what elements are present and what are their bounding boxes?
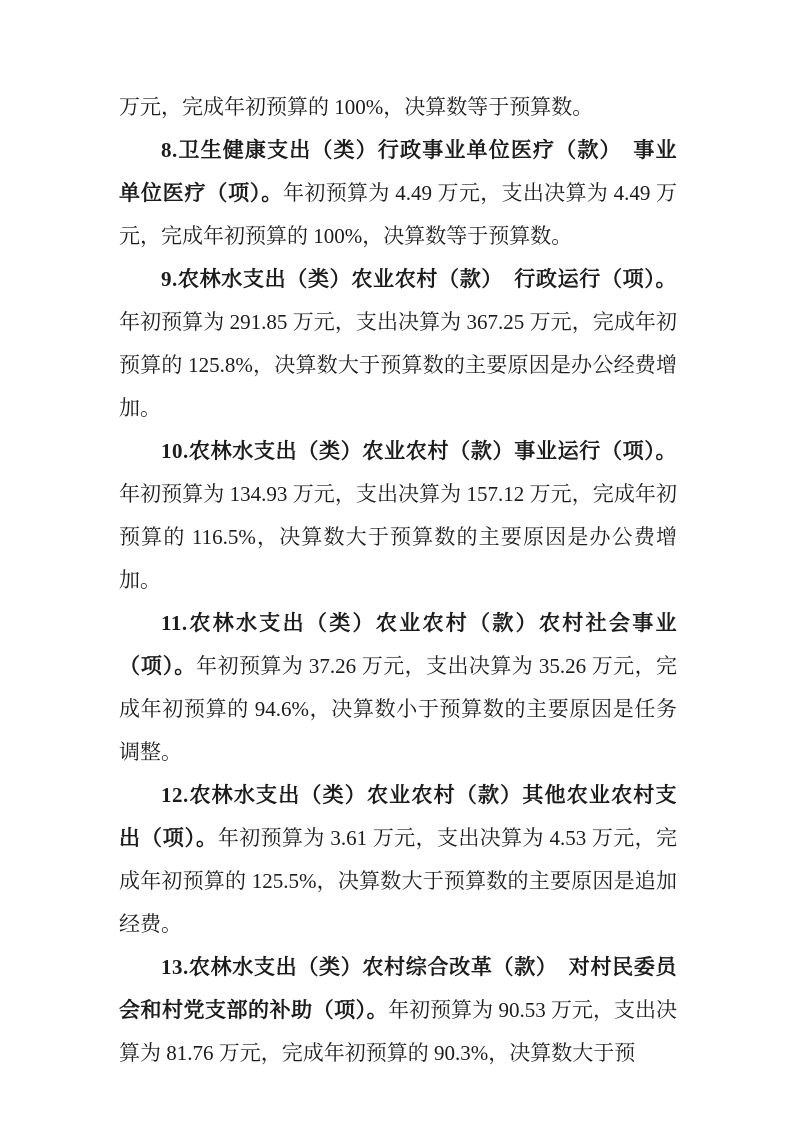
paragraph-body: 万元，完成年初预算的 100%，决算数等于预算数。 [119,95,593,119]
paragraph-item-8: 8.卫生健康支出（类）行政事业单位医疗（款） 事业单位医疗（项）。年初预算为 4… [119,129,677,258]
paragraph-body: 年初预算为 291.85 万元，支出决算为 367.25 万元，完成年初预算的 … [119,310,677,420]
paragraph-item-10: 10.农林水支出（类）农业农村（款）事业运行（项）。年初预算为 134.93 万… [119,430,677,602]
paragraph-heading: 9.农林水支出（类）农业农村（款） 行政运行（项）。 [161,267,677,291]
paragraph-body: 年初预算为 134.93 万元，支出决算为 157.12 万元，完成年初预算的 … [119,482,677,592]
paragraph-item-13: 13.农林水支出（类）农村综合改革（款） 对村民委员会和村党支部的补助（项）。年… [119,946,677,1075]
paragraph-heading: 10.农林水支出（类）农业农村（款）事业运行（项）。 [161,439,677,463]
page-text-block: 万元，完成年初预算的 100%，决算数等于预算数。 8.卫生健康支出（类）行政事… [119,86,677,1075]
paragraph-item-7-continuation: 万元，完成年初预算的 100%，决算数等于预算数。 [119,86,677,129]
paragraph-item-12: 12.农林水支出（类）农业农村（款）其他农业农村支出（项）。年初预算为 3.61… [119,774,677,946]
document-page: 万元，完成年初预算的 100%，决算数等于预算数。 8.卫生健康支出（类）行政事… [0,0,793,1122]
paragraph-item-11: 11.农林水支出（类）农业农村（款）农村社会事业（项）。年初预算为 37.26 … [119,602,677,774]
paragraph-body: 年初预算为 37.26 万元，支出决算为 35.26 万元，完成年初预算的 94… [119,654,677,764]
paragraph-item-9: 9.农林水支出（类）农业农村（款） 行政运行（项）。年初预算为 291.85 万… [119,258,677,430]
